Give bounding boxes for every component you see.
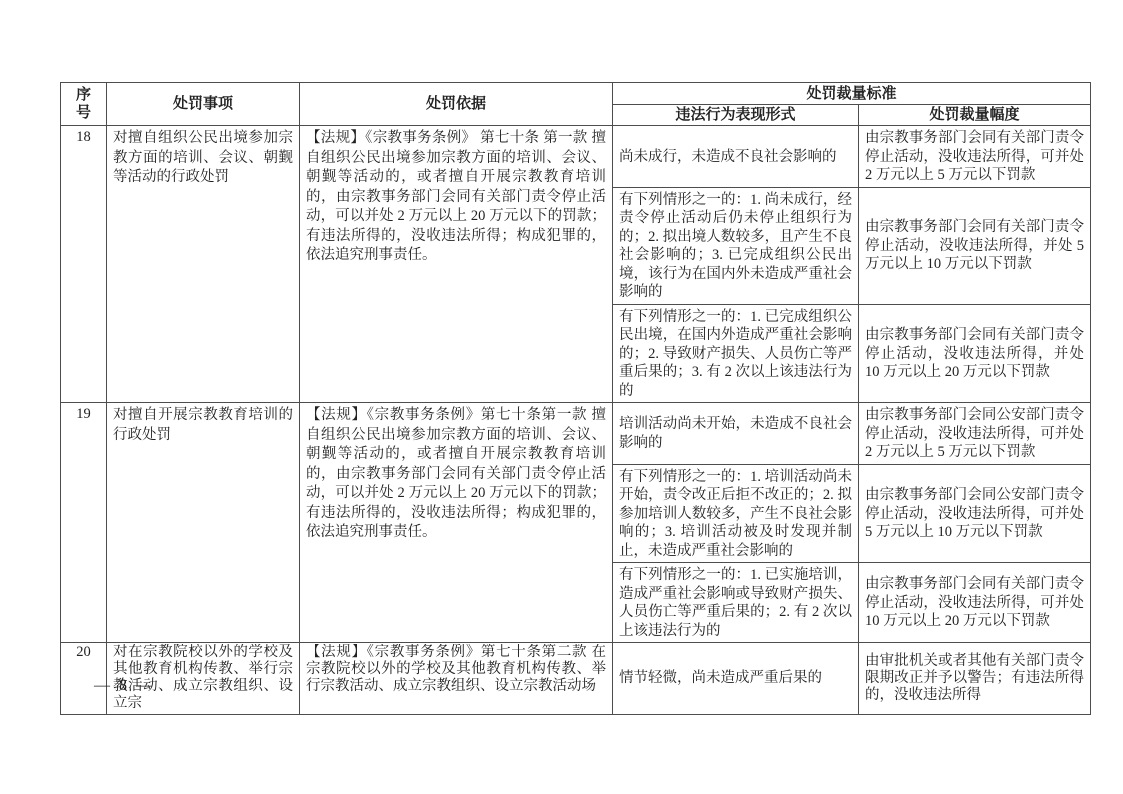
table-row: 20 对在宗教院校以外的学校及其他教育机构传教、举行宗教活动、成立宗教组织、设立… — [61, 643, 1091, 715]
table-row: 19 对擅自开展宗教教育培训的行政处罚 【法规】《宗教事务条例》第七十条第一款 … — [61, 403, 1091, 465]
header-discretion-standard: 处罚裁量标准 — [613, 83, 1091, 105]
row19-basis-cell: 【法规】《宗教事务条例》第七十条第一款 擅自组织公民出境参加宗教方面的培训、会议… — [300, 403, 613, 643]
row18-range-cell-1: 由宗教事务部门会同有关部门责令停止活动，没收违法所得，可并处 2 万元以上 5 … — [859, 126, 1091, 188]
row20-behavior-cell-1: 情节轻微，尚未造成严重后果的 — [613, 643, 859, 715]
row19-matter-cell: 对擅自开展宗教教育培训的行政处罚 — [107, 403, 300, 643]
header-illegal-behavior-form: 违法行为表现形式 — [613, 105, 859, 126]
row18-behavior-cell-1: 尚未成行，未造成不良社会影响的 — [613, 126, 859, 188]
row18-range-cell-2: 由宗教事务部门会同有关部门责令停止活动，没收违法所得，并处 5 万元以上 10 … — [859, 187, 1091, 304]
header-serial-number: 序号 — [61, 83, 107, 126]
header-serial-number-label: 序号 — [75, 86, 92, 122]
row18-matter-cell: 对擅自组织公民出境参加宗教方面的培训、会议、朝觐等活动的行政处罚 — [107, 126, 300, 403]
header-penalty-basis: 处罚依据 — [300, 83, 613, 126]
row19-behavior-cell-1: 培训活动尚未开始，未造成不良社会影响的 — [613, 403, 859, 465]
row19-behavior-cell-2: 有下列情形之一的：1. 培训活动尚未开始，责令改正后拒不改正的；2. 拟参加培训… — [613, 464, 859, 563]
row19-serial-cell: 19 — [61, 403, 107, 643]
row20-basis-text: 【法规】《宗教事务条例》第七十条第二款 在宗教院校以外的学校及其他教育机构传教、… — [306, 644, 606, 695]
row20-basis-cell: 【法规】《宗教事务条例》第七十条第二款 在宗教院校以外的学校及其他教育机构传教、… — [300, 643, 613, 715]
header-discretion-range: 处罚裁量幅度 — [859, 105, 1091, 126]
row19-range-cell-3: 由宗教事务部门会同有关部门责令停止活动，没收违法所得，可并处 10 万元以上 2… — [859, 563, 1091, 643]
row19-range-cell-1: 由宗教事务部门会同公安部门责令停止活动，没收违法所得，可并处 2 万元以上 5 … — [859, 403, 1091, 465]
row19-behavior-cell-3: 有下列情形之一的：1. 已实施培训，造成严重社会影响或导致财产损失、人员伤亡等严… — [613, 563, 859, 643]
row18-behavior-cell-3: 有下列情形之一的：1. 已完成组织公民出境，在国内外造成严重社会影响的；2. 导… — [613, 304, 859, 403]
row18-behavior-cell-2: 有下列情形之一的：1. 尚未成行，经责令停止活动后仍未停止组织行为的；2. 拟出… — [613, 187, 859, 304]
document-page: 序号 处罚事项 处罚依据 处罚裁量标准 违法行为表现形式 处罚裁量幅度 18 对… — [0, 0, 1123, 794]
row18-basis-cell: 【法规】《宗教事务条例》 第七十条 第一款 擅自组织公民出境参加宗教方面的培训、… — [300, 126, 613, 403]
penalty-standards-table: 序号 处罚事项 处罚依据 处罚裁量标准 违法行为表现形式 处罚裁量幅度 18 对… — [60, 82, 1091, 715]
row20-range-cell-1: 由审批机关或者其他有关部门责令限期改正并予以警告；有违法所得的，没收违法所得 — [859, 643, 1091, 715]
table-row: 18 对擅自组织公民出境参加宗教方面的培训、会议、朝觐等活动的行政处罚 【法规】… — [61, 126, 1091, 188]
row19-range-cell-2: 由宗教事务部门会同公安部门责令停止活动，没收违法所得，可并处 5 万元以上 10… — [859, 464, 1091, 563]
header-penalty-matter: 处罚事项 — [107, 83, 300, 126]
row18-serial-cell: 18 — [61, 126, 107, 403]
page-number: — 8 — — [94, 677, 152, 695]
row18-range-cell-3: 由宗教事务部门会同有关部门责令停止活动，没收违法所得，并处 10 万元以上 20… — [859, 304, 1091, 403]
